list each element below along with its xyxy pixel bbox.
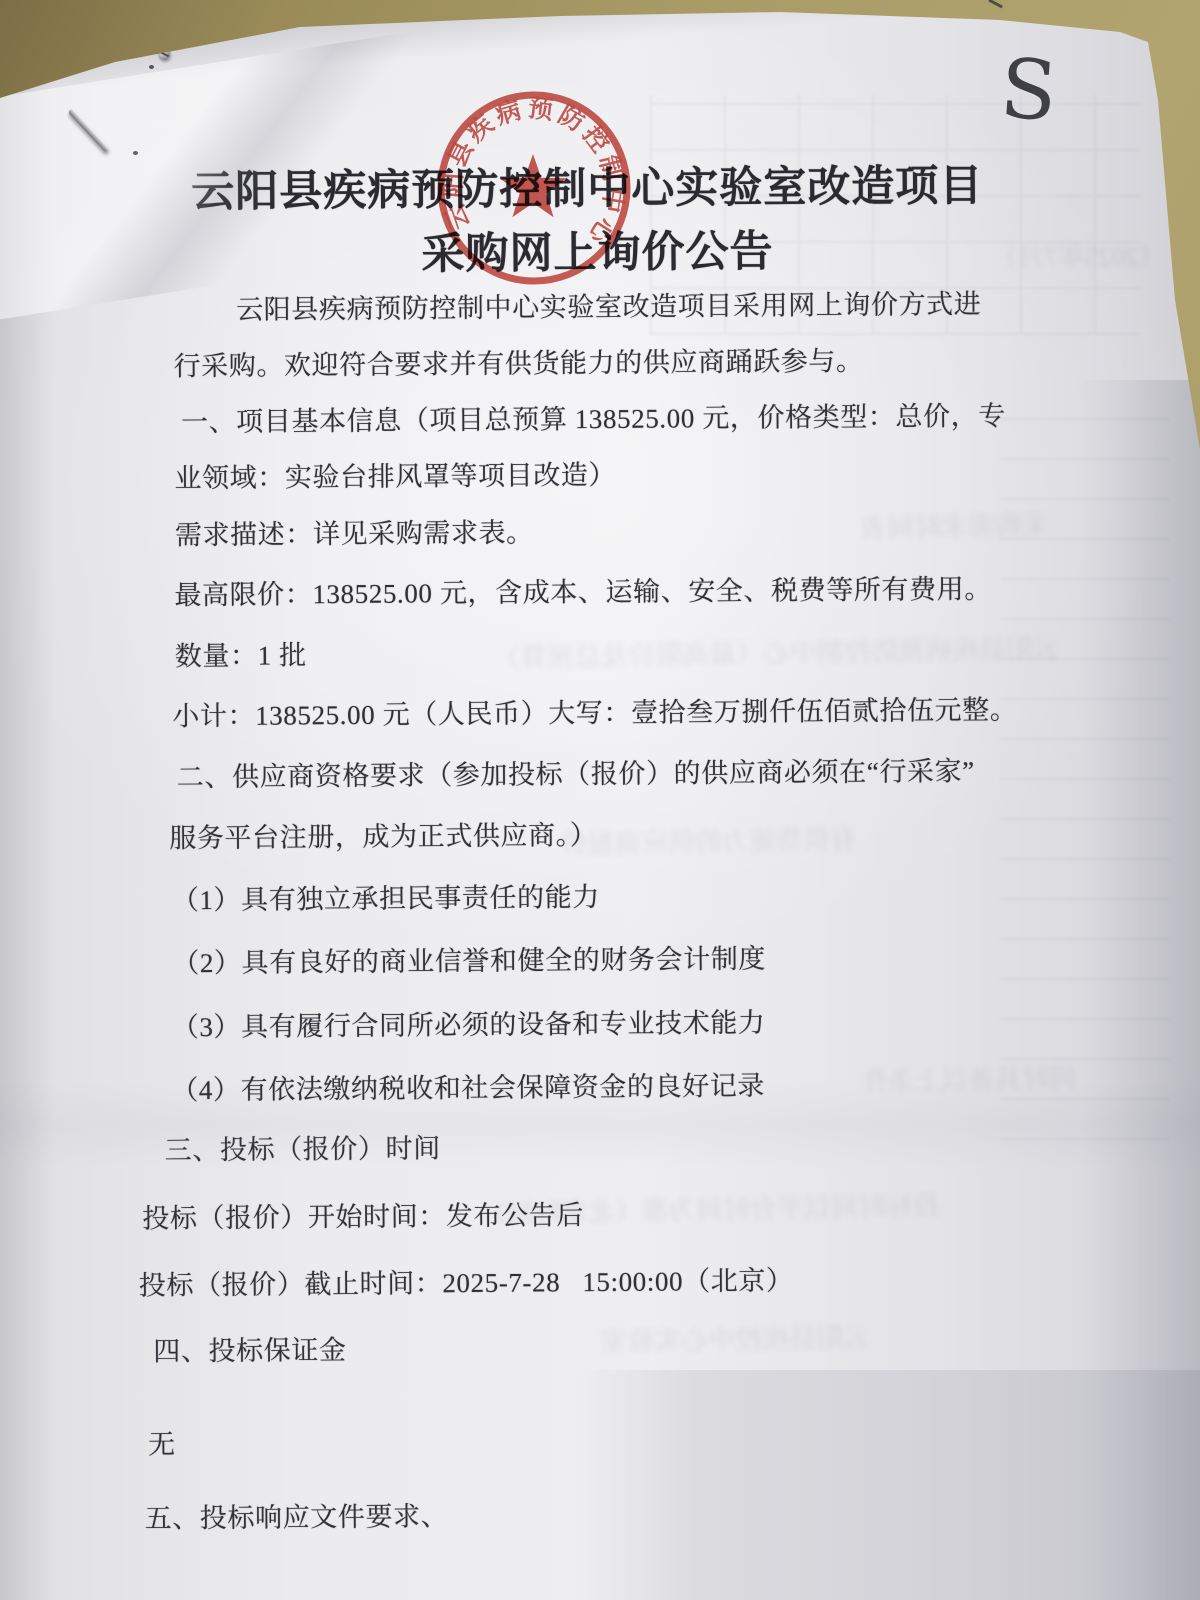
bid-bond-none: 无 (148, 1422, 176, 1461)
qualification-item-3: （3）具有履行合同所必须的设备和专业技术能力 (172, 1001, 766, 1045)
photo-of-document: （2025年7月） 采购需求时间表 云阳县疾病预防控制中心（最高限价及总预算） … (0, 0, 1200, 1600)
section1-heading-cont: 业领域：实验台排风罩等项目改造） (174, 453, 616, 495)
wall-speck (988, 0, 1003, 8)
quantity: 数量：1 批 (175, 633, 307, 673)
qualification-item-1: （1）具有独立承担民事责任的能力 (172, 875, 600, 917)
push-pin-head (158, 48, 170, 60)
paper-edge-shading (1080, 380, 1200, 1600)
section1-heading: 一、项目基本信息（项目总预算 138525.00 元，价格类型：总价，专 (181, 394, 1006, 439)
dust-speck (133, 151, 138, 155)
demand-description: 需求描述：详见采购需求表。 (175, 511, 534, 553)
paper-shading (0, 1080, 1200, 1170)
qualification-item-2: （2）具有良好的商业信誉和健全的财务会计制度 (172, 937, 766, 981)
section2-heading-cont: 服务平台注册，成为正式供应商。） (169, 813, 597, 855)
subtotal: 小计：138525.00 元（人民币）大写：壹拾叁万捌仟伍佰贰拾伍元整。 (172, 688, 1017, 734)
section2-heading: 二、供应商资格要求（参加投标（报价）的供应商必须在“行采家” (177, 749, 975, 794)
handwritten-s-mark: S (996, 39, 1083, 154)
section4-heading: 四、投标保证金 (153, 1328, 347, 1369)
section5-heading: 五、投标响应文件要求、 (144, 1494, 448, 1535)
intro-line: 行采购。欢迎符合要求并有供货能力的供应商踊跃参与。 (173, 339, 863, 383)
max-price: 最高限价：138525.00 元，含成本、运输、安全、税费等所有费用。 (174, 567, 992, 612)
bid-start-time: 投标（报价）开始时间：发布公告后 (142, 1193, 584, 1235)
bid-deadline: 投标（报价）截止时间：2025-7-28 15:00:00（北京） (139, 1258, 794, 1302)
dust-speck (149, 65, 154, 69)
paper-sheet: （2025年7月） 采购需求时间表 云阳县疾病预防控制中心（最高限价及总预算） … (0, 0, 1200, 1600)
